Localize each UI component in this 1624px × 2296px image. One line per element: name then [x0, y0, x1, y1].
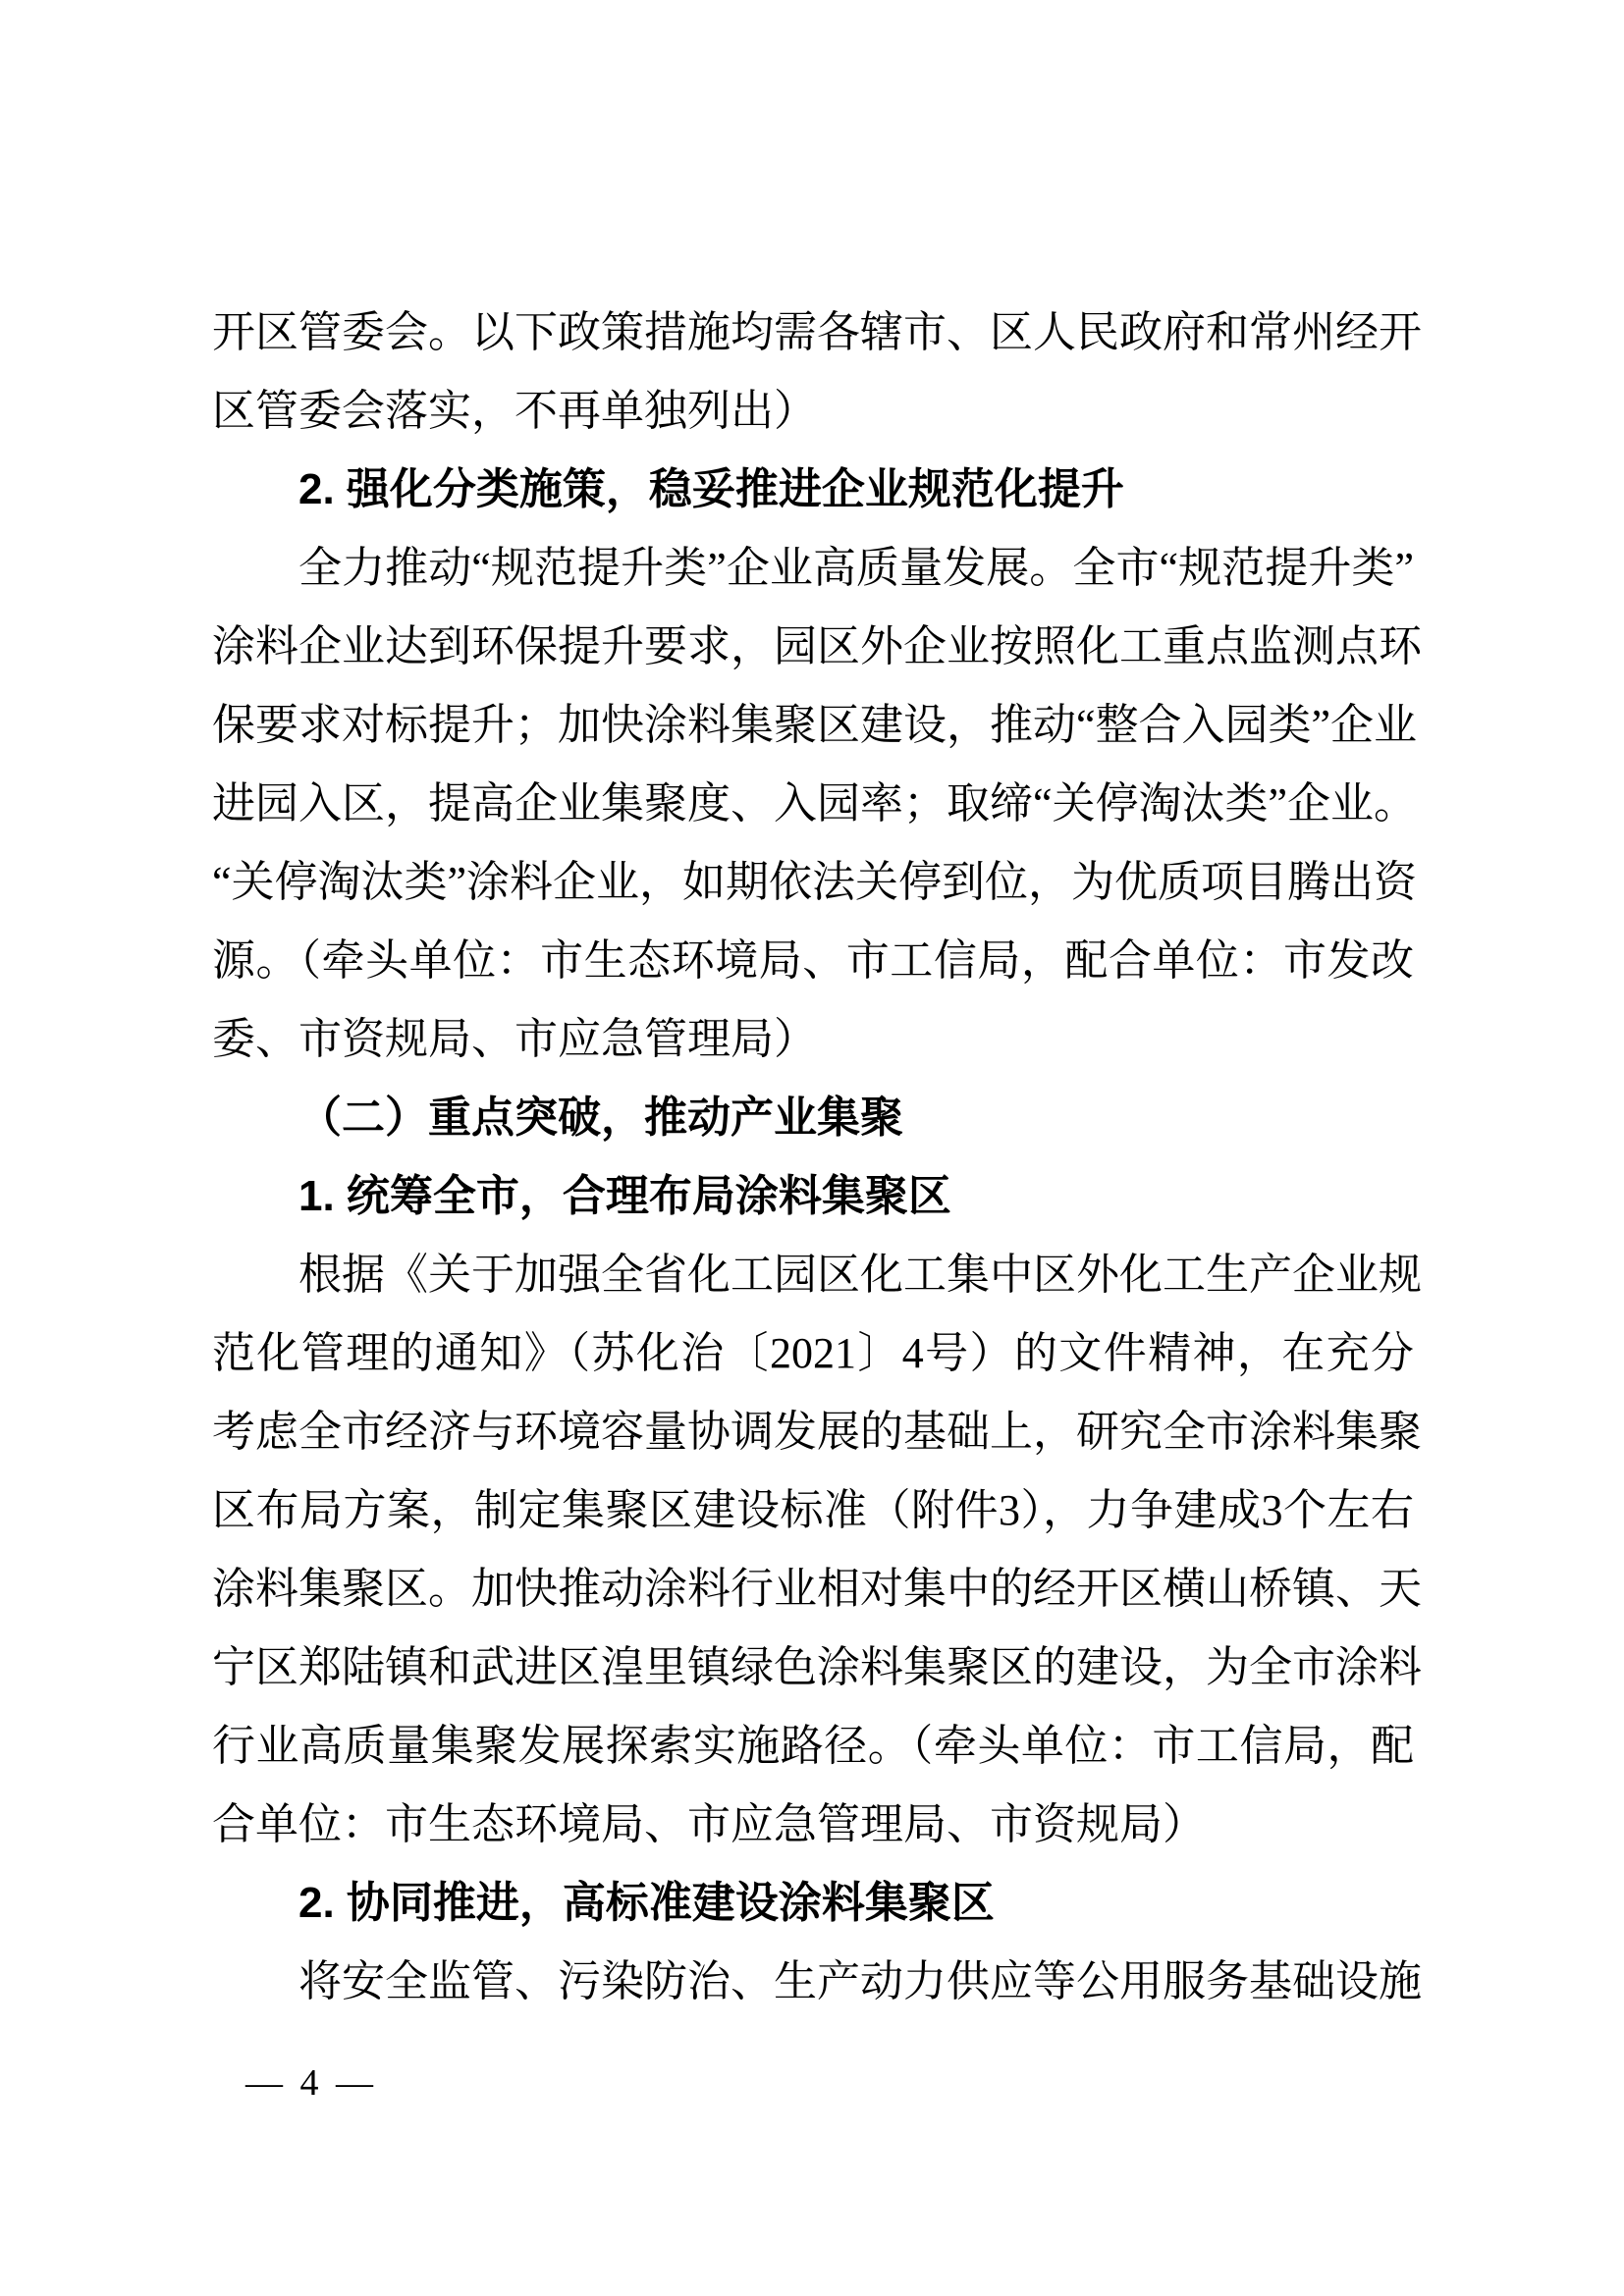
section-heading: 2. 协同推进，高标准建设涂料集聚区 [212, 1864, 1414, 1943]
paragraph-line: 委、市资规局、市应急管理局） [212, 1000, 1414, 1079]
paragraph-line: 行业高质量集聚发展探索实施路径。（牵头单位：市工信局，配 [212, 1707, 1414, 1786]
paragraph-line: 范化管理的通知》（苏化治〔2021〕4号）的文件精神，在充分 [212, 1314, 1414, 1393]
page-number: — 4 — [245, 2061, 377, 2105]
paragraph-line: 源。（牵头单位：市生态环境局、市工信局，配合单位：市发改 [212, 922, 1414, 1000]
paragraph-line: “关停淘汰类”涂料企业，如期依法关停到位，为优质项目腾出资 [212, 843, 1414, 922]
section-heading: （二）重点突破，推动产业集聚 [212, 1079, 1414, 1157]
paragraph-line: 合单位：市生态环境局、市应急管理局、市资规局） [212, 1786, 1414, 1864]
paragraph-line: 全力推动“规范提升类”企业高质量发展。全市“规范提升类” [212, 529, 1414, 608]
paragraph-line: 涂料企业达到环保提升要求，园区外企业按照化工重点监测点环 [212, 608, 1414, 686]
paragraph-line: 开区管委会。以下政策措施均需各辖市、区人民政府和常州经开 [212, 294, 1414, 372]
paragraph-line: 进园入区，提高企业集聚度、入园率；取缔“关停淘汰类”企业。 [212, 765, 1414, 843]
paragraph-line: 区布局方案，制定集聚区建设标准（附件3），力争建成3个左右 [212, 1471, 1414, 1550]
paragraph-line: 区管委会落实，不再单独列出） [212, 372, 1414, 451]
section-heading: 1. 统筹全市，合理布局涂料集聚区 [212, 1157, 1414, 1236]
paragraph-line: 涂料集聚区。加快推动涂料行业相对集中的经开区横山桥镇、天 [212, 1550, 1414, 1629]
text-block: 开区管委会。以下政策措施均需各辖市、区人民政府和常州经开 区管委会落实，不再单独… [212, 294, 1414, 2021]
paragraph-line: 考虑全市经济与环境容量协调发展的基础上，研究全市涂料集聚 [212, 1393, 1414, 1471]
paragraph-line: 宁区郑陆镇和武进区湟里镇绿色涂料集聚区的建设，为全市涂料 [212, 1629, 1414, 1707]
paragraph-line: 保要求对标提升；加快涂料集聚区建设，推动“整合入园类”企业 [212, 686, 1414, 765]
section-heading: 2. 强化分类施策，稳妥推进企业规范化提升 [212, 451, 1414, 529]
paragraph-line: 根据《关于加强全省化工园区化工集中区外化工生产企业规 [212, 1236, 1414, 1314]
document-page: 开区管委会。以下政策措施均需各辖市、区人民政府和常州经开 区管委会落实，不再单独… [0, 0, 1624, 2296]
paragraph-line: 将安全监管、污染防治、生产动力供应等公用服务基础设施 [212, 1943, 1414, 2021]
